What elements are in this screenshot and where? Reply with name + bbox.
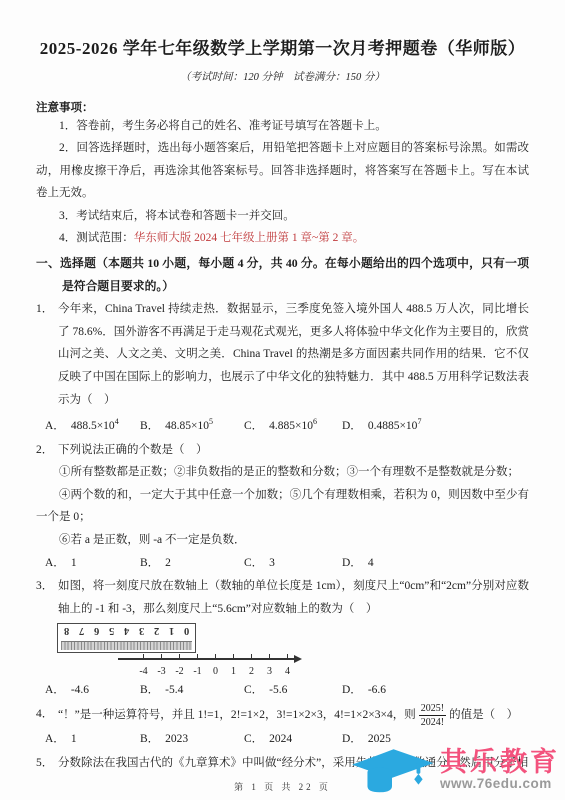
option-value: 4.885×10 — [269, 420, 313, 432]
statement-6: ⑥若 a 是正数，则 -a 不一定是负数． — [36, 529, 529, 552]
option-label: C． — [244, 420, 263, 432]
option-label: C． — [244, 557, 263, 569]
question-text: 下列说法正确的个数是（ ） — [58, 439, 529, 462]
question-number: 5． — [36, 752, 53, 775]
question-text: 今年来，China Travel 持续走热．数据显示，三季度免签入境外国人 48… — [58, 298, 529, 411]
tick-label: 2 — [249, 661, 254, 684]
axis-tick: 0 — [215, 654, 216, 660]
watermark: 其乐教育 www.76edu.com — [346, 743, 560, 797]
question-number: 4． — [36, 703, 53, 726]
option-value: 3 — [269, 557, 275, 569]
option-a: A．488.5×104 — [45, 411, 140, 437]
question-text: 如图，将一刻度尺放在数轴上（数轴的单位长度是 1cm），刻度尺上“0cm”和“2… — [58, 575, 529, 620]
option-label: A． — [45, 557, 65, 569]
page-title: 2025-2026 学年七年级数学上学期第一次月考押题卷（华师版） — [36, 34, 529, 59]
option-a: A．1 — [45, 552, 140, 575]
watermark-url: www.76edu.com — [440, 776, 552, 792]
option-exponent: 4 — [115, 417, 119, 426]
notice-item-4: 4．测试范围：华东师大版 2024 七年级上册第 1 章~第 2 章。 — [36, 227, 529, 249]
question-3: 3． 如图，将一刻度尺放在数轴上（数轴的单位长度是 1cm），刻度尺上“0cm”… — [36, 575, 529, 702]
option-label: D． — [342, 557, 362, 569]
option-value: 2023 — [165, 733, 188, 745]
option-value: 1 — [71, 733, 77, 745]
option-c: C．2024 — [244, 728, 342, 751]
tick-label: 1 — [231, 661, 236, 684]
option-value: 2024 — [269, 733, 292, 745]
number-line-axis — [118, 658, 294, 660]
axis-tick: -3 — [161, 654, 162, 660]
axis-tick: -4 — [143, 654, 144, 660]
section-heading: 一、选择题（本题共 10 小题，每小题 4 分，共 40 分。在每小题给出的四个… — [36, 252, 529, 297]
tick-label: -3 — [157, 661, 165, 684]
option-value: 2 — [165, 557, 171, 569]
axis-tick: -1 — [197, 654, 198, 660]
axis-tick: -2 — [179, 654, 180, 660]
notice-item-1: 1．答卷前，考生务必将自己的姓名、准考证号填写在答题卡上。 — [36, 115, 529, 137]
option-value: 4 — [368, 557, 374, 569]
option-value: -4.6 — [71, 684, 89, 696]
exam-subtitle: （考试时间：120 分钟 试卷满分：150 分） — [36, 69, 529, 84]
option-label: C． — [244, 684, 263, 696]
axis-tick: 1 — [233, 654, 234, 660]
ruler-tick-band — [61, 641, 192, 650]
watermark-brand: 其乐教育 — [440, 748, 560, 776]
tick-label: 4 — [285, 661, 290, 684]
statement-4-5: ④两个数的和，一定大于其中任意一个加数；⑤几个有理数相乘，若积为 0，则因数中至… — [36, 484, 529, 529]
option-b: B．48.85×105 — [140, 411, 244, 437]
option-label: B． — [140, 420, 159, 432]
option-label: B． — [140, 733, 159, 745]
ruler-number-line-figure: 8 7 6 5 4 3 2 1 0 -4 -3 -2 -1 — [36, 623, 529, 679]
option-value: -5.6 — [269, 684, 287, 696]
axis-tick: 2 — [251, 654, 252, 660]
option-label: A． — [45, 733, 65, 745]
tick-label: 0 — [213, 661, 218, 684]
option-b: B．-5.4 — [140, 679, 244, 702]
fraction-denominator: 2024! — [419, 716, 446, 728]
notice-item-4-prefix: 4．测试范围： — [59, 232, 134, 244]
ruler-scale-digits: 8 7 6 5 4 3 2 1 0 — [58, 624, 195, 637]
option-a: A．1 — [45, 728, 140, 751]
option-b: B．2 — [140, 552, 244, 575]
option-c: C．4.885×106 — [244, 411, 342, 437]
option-label: A． — [45, 420, 65, 432]
watermark-text: 其乐教育 www.76edu.com — [440, 748, 560, 792]
ruler-digit: 2 — [154, 624, 159, 637]
option-label: A． — [45, 684, 65, 696]
option-d: D．0.4885×107 — [342, 411, 529, 437]
option-b: B．2023 — [140, 728, 244, 751]
fraction: 2025!2024! — [419, 703, 446, 728]
option-c: C．-5.6 — [244, 679, 342, 702]
question-text-after: 的值是（ ） — [449, 709, 518, 721]
question-text-before: “！”是一种运算符号，并且 1!=1，2!=1×2，3!=1×2×3，4!=1×… — [58, 709, 416, 721]
ruler-digit: 1 — [169, 624, 174, 637]
exam-page: 2025-2026 学年七年级数学上学期第一次月考押题卷（华师版） （考试时间：… — [0, 0, 565, 800]
option-exponent: 5 — [209, 417, 213, 426]
option-value: 488.5×10 — [71, 420, 115, 432]
option-row: A．488.5×104 B．48.85×105 C．4.885×106 D．0.… — [45, 411, 529, 437]
tick-label: -1 — [193, 661, 201, 684]
option-a: A．-4.6 — [45, 679, 140, 702]
axis-tick: 4 — [287, 654, 288, 660]
option-value: -5.4 — [165, 684, 183, 696]
ruler-digit: 3 — [139, 624, 144, 637]
option-d: D．-6.6 — [342, 679, 529, 702]
option-label: D． — [342, 684, 362, 696]
graduation-cap-icon — [346, 743, 438, 797]
ruler-digit: 4 — [124, 624, 129, 637]
question-2: 2． 下列说法正确的个数是（ ） ①所有整数都是正数；②非负数指的是正的整数和分… — [36, 439, 529, 575]
axis-tick: 3 — [269, 654, 270, 660]
option-c: C．3 — [244, 552, 342, 575]
option-label: B． — [140, 557, 159, 569]
option-d: D．4 — [342, 552, 529, 575]
option-exponent: 6 — [313, 417, 317, 426]
notice-item-4-scope: 华东师大版 2024 七年级上册第 1 章~第 2 章。 — [134, 232, 364, 244]
tick-label: 3 — [267, 661, 272, 684]
ruler-digit: 7 — [79, 624, 84, 637]
option-label: B． — [140, 684, 159, 696]
ruler-digit: 5 — [109, 624, 114, 637]
option-label: C． — [244, 733, 263, 745]
option-exponent: 7 — [417, 417, 421, 426]
fraction-numerator: 2025! — [419, 703, 446, 716]
ruler-digit: 0 — [184, 624, 189, 637]
option-value: 0.4885×10 — [368, 420, 418, 432]
question-number: 3． — [36, 575, 53, 598]
notice-heading: 注意事项： — [36, 99, 529, 115]
option-label: D． — [342, 420, 362, 432]
question-text: “！”是一种运算符号，并且 1!=1，2!=1×2，3!=1×2×3，4!=1×… — [58, 703, 529, 728]
option-value: 48.85×10 — [165, 420, 209, 432]
ruler: 8 7 6 5 4 3 2 1 0 — [57, 623, 196, 653]
ruler-digit: 6 — [94, 624, 99, 637]
number-line: -4 -3 -2 -1 0 1 2 3 4 — [118, 652, 300, 678]
question-number: 2． — [36, 439, 53, 462]
option-value: -6.6 — [368, 684, 386, 696]
statement-1-3: ①所有整数都是正数；②非负数指的是正的整数和分数；③一个有理数不是整数就是分数； — [36, 461, 529, 484]
tick-label: -4 — [139, 661, 147, 684]
tick-label: -2 — [175, 661, 183, 684]
question-number: 1． — [36, 298, 53, 321]
notice-item-3: 3．考试结束后，将本试卷和答题卡一并交回。 — [36, 205, 529, 227]
ruler-digit: 8 — [64, 624, 69, 637]
option-row: A．1 B．2 C．3 D．4 — [45, 552, 529, 575]
option-value: 1 — [71, 557, 77, 569]
axis-arrow-icon — [294, 655, 302, 663]
question-1: 1． 今年来，China Travel 持续走热．数据显示，三季度免签入境外国人… — [36, 298, 529, 437]
notice-item-2: 2．回答选择题时，选出每小题答案后，用铅笔把答题卡上对应题目的答案标号涂黑。如需… — [36, 137, 529, 204]
